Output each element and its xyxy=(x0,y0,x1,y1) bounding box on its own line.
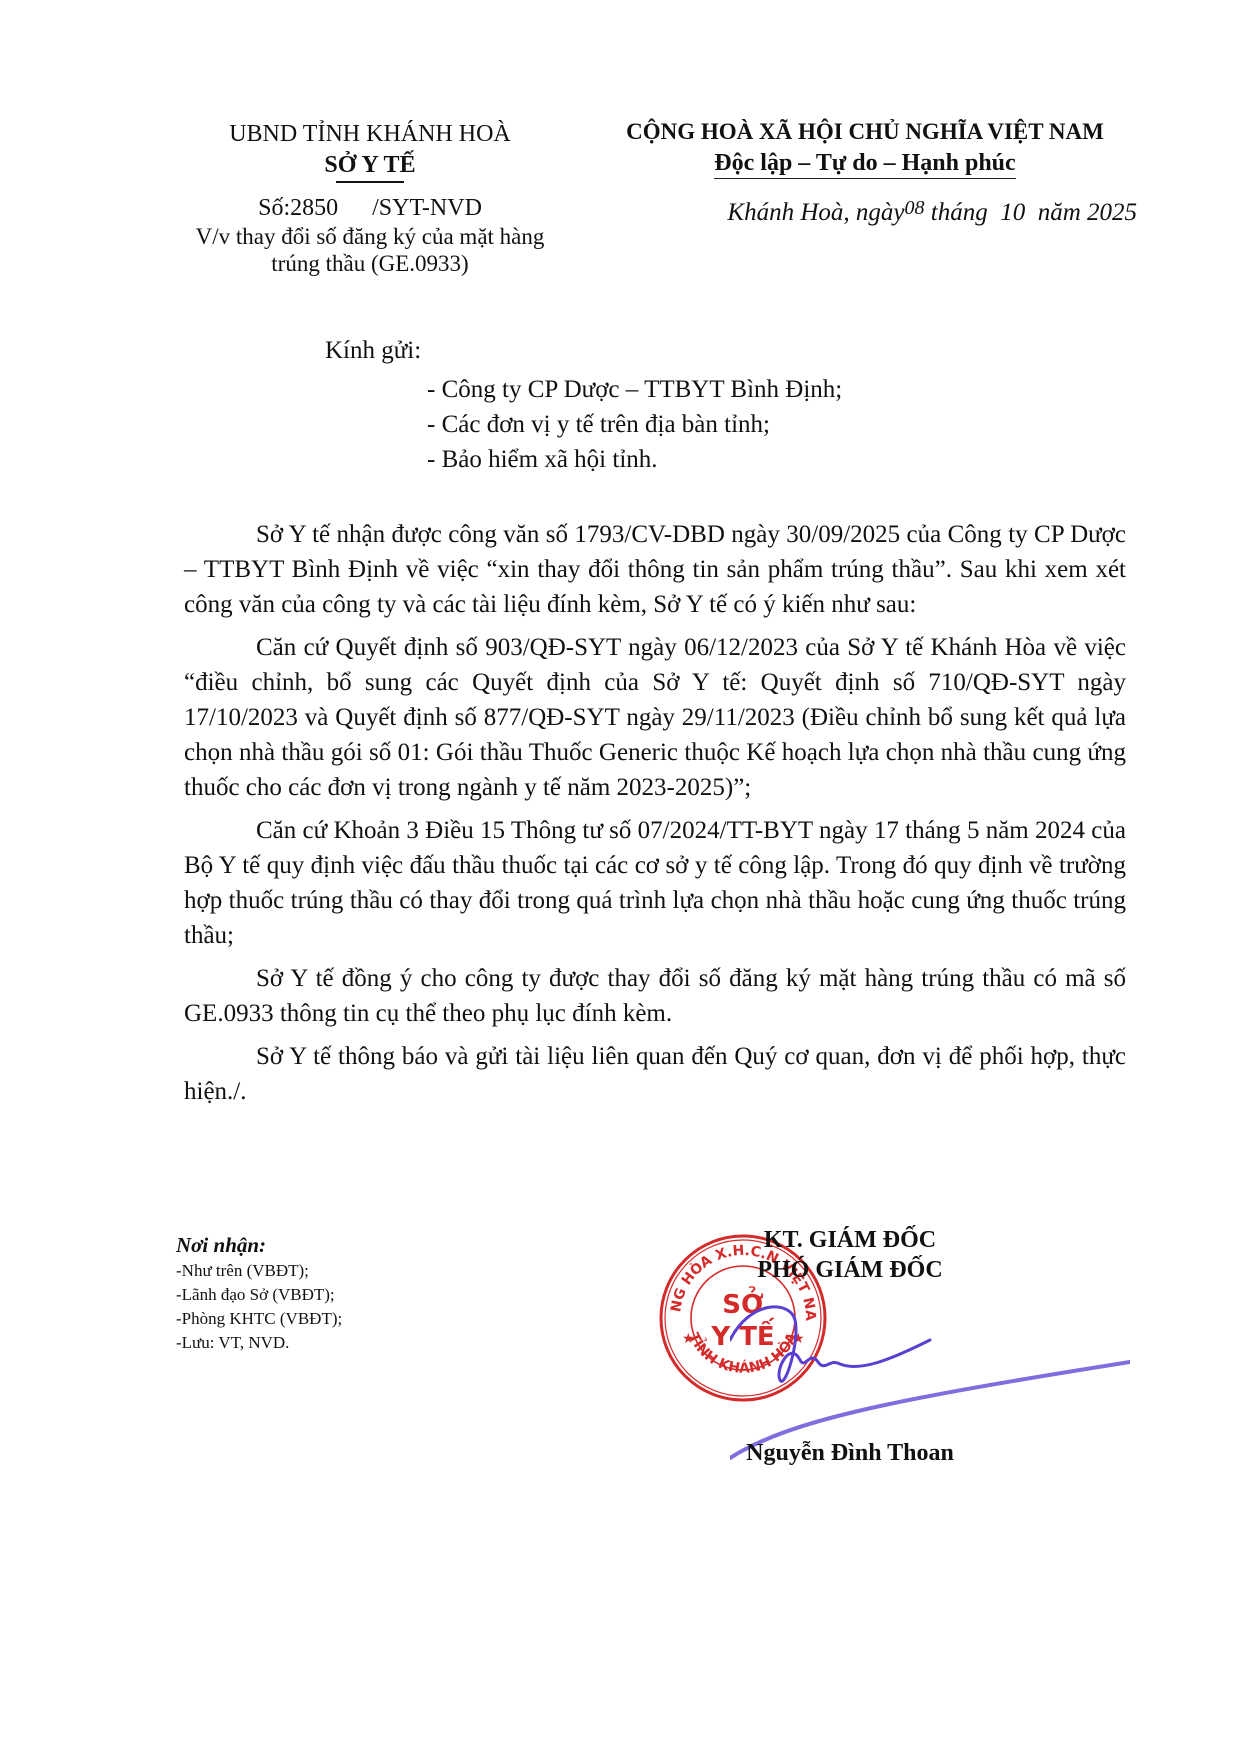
nation-title: CỘNG HOÀ XÃ HỘI CHỦ NGHĨA VIỆT NAM xyxy=(590,116,1140,148)
svg-text:★: ★ xyxy=(682,1332,695,1347)
department-underline xyxy=(336,181,404,183)
handwritten-signature-icon xyxy=(730,1300,1130,1460)
recipient-item: - Các đơn vị y tế trên địa bàn tỉnh; xyxy=(427,407,842,442)
signature-title-line1: KT. GIÁM ĐỐC xyxy=(690,1225,1010,1255)
body-paragraph: Sở Y tế đồng ý cho công ty được thay đổi… xyxy=(184,961,1126,1031)
recipient-item: - Bảo hiểm xã hội tỉnh. xyxy=(427,442,842,477)
authority-name: UBND TỈNH KHÁNH HOÀ xyxy=(140,118,600,150)
distribution-item: -Lưu: VT, NVD. xyxy=(176,1331,342,1355)
body-paragraph: Sở Y tế nhận được công văn số 1793/CV-DB… xyxy=(184,517,1126,622)
national-header: CỘNG HOÀ XÃ HỘI CHỦ NGHĨA VIỆT NAM Độc l… xyxy=(590,116,1140,228)
issue-date-rest: tháng 10 năm 2025 xyxy=(925,199,1138,226)
body-paragraph: Căn cứ Quyết định số 903/QĐ-SYT ngày 06/… xyxy=(184,630,1126,805)
body-paragraph: Căn cứ Khoản 3 Điều 15 Thông tư số 07/20… xyxy=(184,813,1126,953)
issuer-block: UBND TỈNH KHÁNH HOÀ SỞ Y TẾ Số:2850/SYT-… xyxy=(140,118,600,277)
distribution-item: -Lãnh đạo Sở (VBĐT); xyxy=(176,1283,342,1307)
subject-line-2: trúng thầu (GE.0933) xyxy=(140,250,600,277)
document-number-prefix: Số:2850 xyxy=(258,195,338,221)
recipients-label: Kính gửi: xyxy=(325,337,421,365)
distribution-title: Nơi nhận: xyxy=(176,1231,342,1259)
issue-date-day: 08 xyxy=(905,197,925,219)
document-number: Số:2850/SYT-NVD xyxy=(140,193,600,223)
distribution-item: -Phòng KHTC (VBĐT); xyxy=(176,1307,342,1331)
signer-name: Nguyễn Đình Thoan xyxy=(690,1440,1010,1467)
distribution-item: -Như trên (VBĐT); xyxy=(176,1259,342,1283)
issue-date: Khánh Hoà, ngày08 tháng 10 năm 2025 xyxy=(590,193,1140,228)
issue-date-place: Khánh Hoà, ngày xyxy=(727,199,904,226)
document-number-suffix: /SYT-NVD xyxy=(372,195,482,221)
national-motto: Độc lập – Tự do – Hạnh phúc xyxy=(714,148,1015,179)
letter-body: Sở Y tế nhận được công văn số 1793/CV-DB… xyxy=(184,517,1126,1117)
distribution-list: Nơi nhận: -Như trên (VBĐT); -Lãnh đạo Sở… xyxy=(176,1231,342,1355)
body-paragraph: Sở Y tế thông báo và gửi tài liệu liên q… xyxy=(184,1039,1126,1109)
recipients-list: - Công ty CP Dược – TTBYT Bình Định; - C… xyxy=(427,372,842,477)
subject-line-1: V/v thay đổi số đăng ký của mặt hàng xyxy=(140,223,600,250)
signature-block: KT. GIÁM ĐỐC PHÓ GIÁM ĐỐC xyxy=(690,1225,1010,1285)
signature-title-line2: PHÓ GIÁM ĐỐC xyxy=(690,1255,1010,1285)
recipient-item: - Công ty CP Dược – TTBYT Bình Định; xyxy=(427,372,842,407)
department-name: SỞ Y TẾ xyxy=(140,150,600,180)
